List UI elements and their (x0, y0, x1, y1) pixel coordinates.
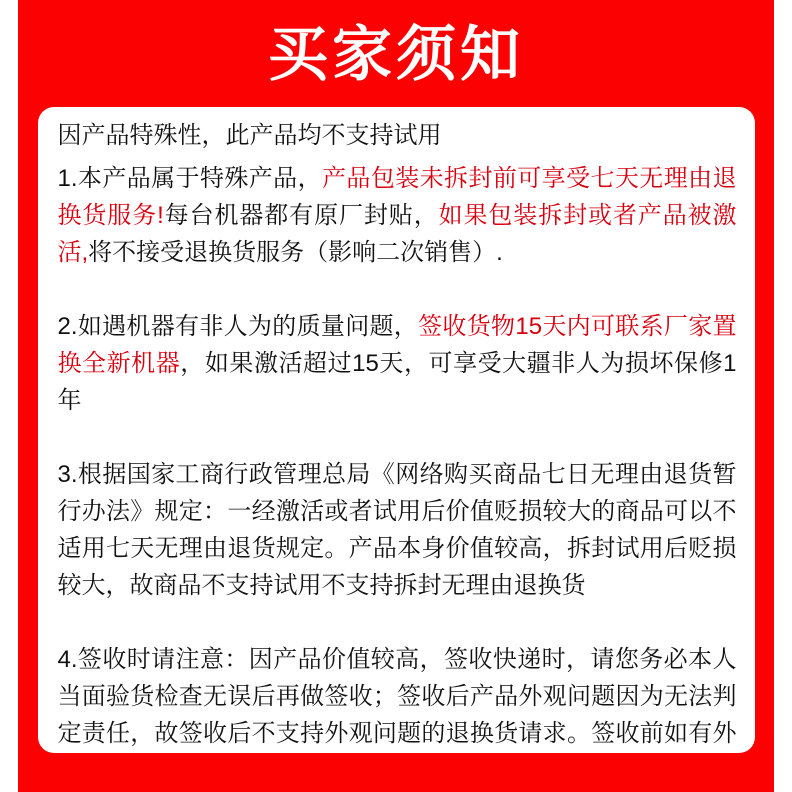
page-title: 买家须知 (268, 23, 524, 85)
notice-paragraph-2: 2.如遇机器有非人为的质量问题，签收货物15天内可联系厂家置换全新机器，如果激活… (58, 308, 737, 419)
notice-segment: 3.根据国家工商行政管理总局《网络购买商品七日无理由退货暂行办法》规定：一经激活… (58, 461, 737, 599)
notice-card: 因产品特殊性，此产品均不支持试用 1.本产品属于特殊产品，产品包装未拆封前可享受… (38, 107, 755, 753)
notice-segment: 每台机器都有原厂封贴， (164, 202, 439, 229)
notice-segment: 2.如遇机器有非人为的质量问题， (58, 313, 419, 340)
notice-paragraph-3: 3.根据国家工商行政管理总局《网络购买商品七日无理由退货暂行办法》规定：一经激活… (58, 456, 737, 604)
buyer-notice-page: 买家须知 因产品特殊性，此产品均不支持试用 1.本产品属于特殊产品，产品包装未拆… (0, 0, 792, 792)
notice-intro: 因产品特殊性，此产品均不支持试用 (58, 117, 737, 154)
red-background-panel: 买家须知 因产品特殊性，此产品均不支持试用 1.本产品属于特殊产品，产品包装未拆… (18, 0, 774, 792)
notice-segment: 将不接受退换货服务（影响二次销售）. (88, 239, 503, 266)
notice-segment: 1.本产品属于特殊产品， (58, 165, 323, 192)
notice-paragraph-1: 1.本产品属于特殊产品，产品包装未拆封前可享受七天无理由退换货服务!每台机器都有… (58, 160, 737, 271)
title-band: 买家须知 (18, 0, 774, 107)
notice-segment: 4.签收时请注意：因产品价值较高，签收快递时，请您务必本人当面验货检查无误后再做… (58, 646, 737, 753)
notice-paragraph-4: 4.签收时请注意：因产品价值较高，签收快递时，请您务必本人当面验货检查无误后再做… (58, 641, 737, 753)
